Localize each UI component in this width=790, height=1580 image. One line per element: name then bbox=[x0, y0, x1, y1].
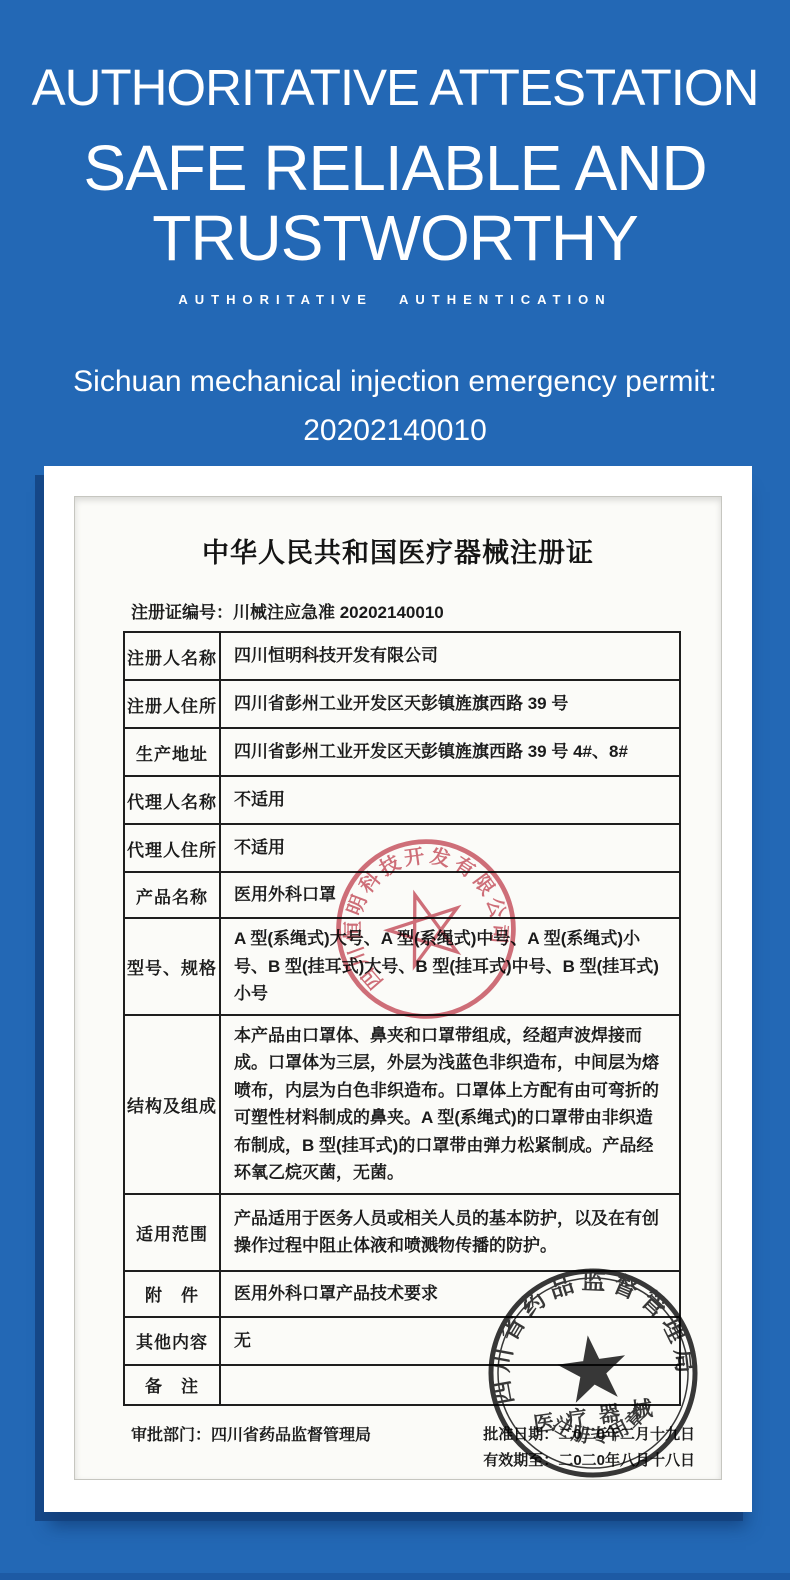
row-value: 四川省彭州工业开发区天彭镇旌旗西路 39 号 4#、8# bbox=[220, 728, 680, 776]
row-value: 无 bbox=[220, 1317, 680, 1365]
approval-department-label: 审批部门： bbox=[131, 1427, 211, 1444]
table-row: 附 件 医用外科口罩产品技术要求 bbox=[124, 1271, 680, 1317]
row-value: 不适用 bbox=[220, 776, 680, 824]
row-label: 产品名称 bbox=[124, 872, 220, 918]
certificate-paper: 中华人民共和国医疗器械注册证 注册证编号：川械注应急准 20202140010 … bbox=[74, 496, 722, 1480]
row-value: 四川省彭州工业开发区天彭镇旌旗西路 39 号 bbox=[220, 680, 680, 728]
row-label: 注册人名称 bbox=[124, 632, 220, 680]
registration-number-label: 注册证编号： bbox=[131, 603, 233, 622]
certificate-frame: 中华人民共和国医疗器械注册证 注册证编号：川械注应急准 20202140010 … bbox=[44, 466, 752, 1512]
table-row: 型号、规格 A 型(系绳式)大号、A 型(系绳式)中号、A 型(系绳式)小号、B… bbox=[124, 918, 680, 1015]
table-row: 代理人名称 不适用 bbox=[124, 776, 680, 824]
table-row: 适用范围 产品适用于医务人员或相关人员的基本防护，以及在有创操作过程中阻止体液和… bbox=[124, 1194, 680, 1271]
valid-until-value: 二0二0年八月十八日 bbox=[558, 1452, 695, 1469]
approval-department-value: 四川省药品监督管理局 bbox=[211, 1427, 371, 1444]
row-label: 备 注 bbox=[124, 1365, 220, 1405]
approve-date-line: 批准日期：二0二0年二月十九日 bbox=[483, 1422, 695, 1448]
row-value bbox=[220, 1365, 680, 1405]
approval-department: 审批部门：四川省药品监督管理局 bbox=[131, 1422, 371, 1445]
row-label: 附 件 bbox=[124, 1271, 220, 1317]
valid-until-line: 有效期至：二0二0年八月十八日 bbox=[483, 1448, 695, 1474]
row-label: 型号、规格 bbox=[124, 918, 220, 1015]
row-label: 其他内容 bbox=[124, 1317, 220, 1365]
row-label: 注册人住所 bbox=[124, 680, 220, 728]
hero-title: AUTHORITATIVE ATTESTATION bbox=[0, 58, 790, 117]
row-label: 代理人住所 bbox=[124, 824, 220, 872]
row-value: A 型(系绳式)大号、A 型(系绳式)中号、A 型(系绳式)小号、B 型(挂耳式… bbox=[220, 918, 680, 1015]
table-row: 注册人住所 四川省彭州工业开发区天彭镇旌旗西路 39 号 bbox=[124, 680, 680, 728]
hero-tagline: AUTHORITATIVE AUTHENTICATION bbox=[0, 292, 790, 307]
table-row: 注册人名称 四川恒明科技开发有限公司 bbox=[124, 632, 680, 680]
hero-subtitle-line1: SAFE RELIABLE AND bbox=[0, 133, 790, 203]
row-value: 产品适用于医务人员或相关人员的基本防护，以及在有创操作过程中阻止体液和喷溅物传播… bbox=[220, 1194, 680, 1271]
hero-subtitle-line2: TRUSTWORTHY bbox=[0, 203, 790, 273]
row-label: 生产地址 bbox=[124, 728, 220, 776]
table-row: 其他内容 无 bbox=[124, 1317, 680, 1365]
row-value: 医用外科口罩 bbox=[220, 872, 680, 918]
registration-number-line: 注册证编号：川械注应急准 20202140010 bbox=[131, 598, 721, 623]
row-value: 不适用 bbox=[220, 824, 680, 872]
table-row: 代理人住所 不适用 bbox=[124, 824, 680, 872]
row-value: 医用外科口罩产品技术要求 bbox=[220, 1271, 680, 1317]
table-row: 结构及组成 本产品由口罩体、鼻夹和口罩带组成，经超声波焊接而成。口罩体为三层，外… bbox=[124, 1015, 680, 1194]
row-label: 适用范围 bbox=[124, 1194, 220, 1271]
valid-until-label: 有效期至： bbox=[483, 1452, 558, 1469]
approve-date-value: 二0二0年二月十九日 bbox=[558, 1426, 695, 1443]
table-row: 产品名称 医用外科口罩 bbox=[124, 872, 680, 918]
bottom-accent-strip bbox=[0, 1573, 790, 1580]
row-value: 四川恒明科技开发有限公司 bbox=[220, 632, 680, 680]
row-label: 代理人名称 bbox=[124, 776, 220, 824]
row-value: 本产品由口罩体、鼻夹和口罩带组成，经超声波焊接而成。口罩体为三层，外层为浅蓝色非… bbox=[220, 1015, 680, 1194]
certificate-title: 中华人民共和国医疗器械注册证 bbox=[75, 531, 721, 570]
row-label: 结构及组成 bbox=[124, 1015, 220, 1194]
certificate-footer: 审批部门：四川省药品监督管理局 批准日期：二0二0年二月十九日 有效期至：二0二… bbox=[131, 1422, 695, 1475]
footer-dates: 批准日期：二0二0年二月十九日 有效期至：二0二0年八月十八日 bbox=[483, 1422, 695, 1475]
table-row: 生产地址 四川省彭州工业开发区天彭镇旌旗西路 39 号 4#、8# bbox=[124, 728, 680, 776]
approve-date-label: 批准日期： bbox=[483, 1426, 558, 1443]
table-row: 备 注 bbox=[124, 1365, 680, 1405]
permit-label: Sichuan mechanical injection emergency p… bbox=[0, 357, 790, 407]
permit-info: Sichuan mechanical injection emergency p… bbox=[0, 357, 790, 456]
registration-number-value: 川械注应急准 20202140010 bbox=[233, 603, 444, 622]
permit-number: 20202140010 bbox=[0, 406, 790, 456]
hero-banner: AUTHORITATIVE ATTESTATION SAFE RELIABLE … bbox=[0, 0, 790, 456]
certificate-table: 注册人名称 四川恒明科技开发有限公司 注册人住所 四川省彭州工业开发区天彭镇旌旗… bbox=[123, 631, 681, 1406]
hero-subtitle: SAFE RELIABLE AND TRUSTWORTHY bbox=[0, 133, 790, 274]
